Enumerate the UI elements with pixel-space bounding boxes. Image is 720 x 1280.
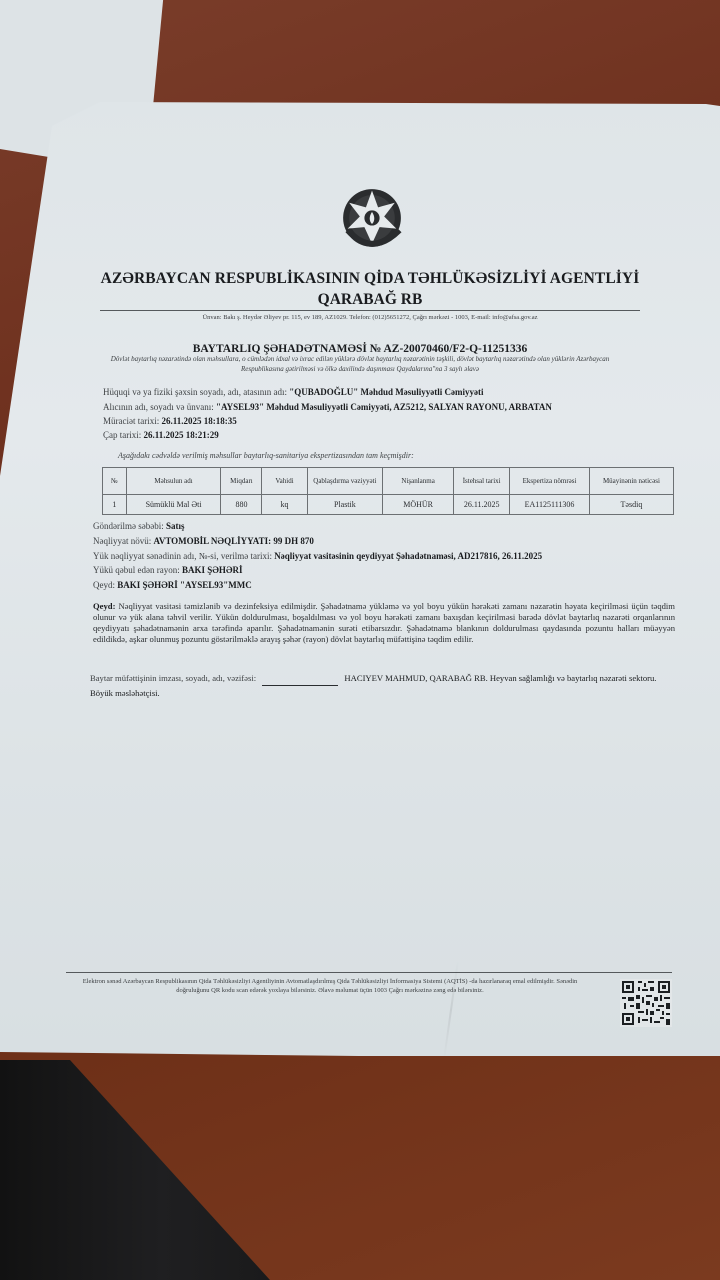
note-field: Qeyd: BAKI ŞƏHƏRİ "AYSEL93"MMC <box>93 580 252 590</box>
reason-field: Göndərilmə səbəbi: Satış <box>93 521 185 531</box>
agency-title: AZƏRBAYCAN RESPUBLİKASININ QİDA TƏHLÜKƏS… <box>100 270 640 288</box>
transport-field: Nəqliyyat növü: AVTOMOBİL NƏQLİYYATI: 99… <box>93 536 314 546</box>
transport-doc-field: Yük nəqliyyat sənədinin adı, №-si, veril… <box>93 551 542 561</box>
district-label: Yükü qəbul edən rayon: <box>93 565 180 575</box>
print-date-value: 26.11.2025 18:21:29 <box>144 430 219 440</box>
remark-paragraph: Qeyd: Nəqliyyat vasitəsi təmizlənib və d… <box>93 601 675 645</box>
table-row: 1 Sümüklü Mal Əti 880 kq Plastik MÖHÜR 2… <box>103 495 674 515</box>
col-quantity: Miqdarı <box>221 468 262 495</box>
reason-value: Satış <box>166 521 185 531</box>
cell-marking: MÖHÜR <box>383 495 454 515</box>
table-header-row: № Məhsulun adı Miqdarı Vahidi Qablaşdırm… <box>103 468 674 495</box>
reason-label: Göndərilmə səbəbi: <box>93 521 164 531</box>
col-marking: Nişanlanma <box>383 468 454 495</box>
note-label: Qeyd: <box>93 580 115 590</box>
col-packaging: Qablaşdırma vəziyyəti <box>307 468 382 495</box>
cell-packaging: Plastik <box>307 495 382 515</box>
cell-quantity: 880 <box>221 495 262 515</box>
receiver-label: Alıcının adı, soyadı və ünvanı: <box>103 402 214 412</box>
transport-doc-value: Nəqliyyat vasitəsinin qeydiyyat Şəhadətn… <box>274 551 542 561</box>
print-date-field: Çap tarixi: 26.11.2025 18:21:29 <box>103 430 219 440</box>
paper-fold <box>443 960 459 1059</box>
remark-text: Nəqliyyat vasitəsi təmizlənib və dezinfe… <box>93 601 675 644</box>
print-date-label: Çap tarixi: <box>103 430 141 440</box>
inspector-signature-block: Baytar müfəttişinin imzası, soyadı, adı,… <box>90 671 680 700</box>
col-expertise-number: Ekspertiza nömrəsi <box>510 468 590 495</box>
col-number: № <box>103 468 127 495</box>
transport-doc-label: Yük nəqliyyat sənədinin adı, №-si, veril… <box>93 551 272 561</box>
signature-line <box>262 671 338 686</box>
header-divider <box>100 310 640 311</box>
cell-expertise-number: EA1125111306 <box>510 495 590 515</box>
col-unit: Vahidi <box>262 468 307 495</box>
footer-divider <box>66 972 672 973</box>
transport-value: AVTOMOBİL NƏQLİYYATI: 99 DH 870 <box>154 536 314 546</box>
cell-number: 1 <box>103 495 127 515</box>
application-date-field: Müraciət tarixi: 26.11.2025 18:18:35 <box>103 416 237 426</box>
note-value: BAKI ŞƏHƏRİ "AYSEL93"MMC <box>117 580 251 590</box>
sender-label: Hüquqi və ya fiziki şəxsin soyadı, adı, … <box>103 387 287 397</box>
certificate-document: AZƏRBAYCAN RESPUBLİKASININ QİDA TƏHLÜKƏS… <box>0 0 720 1280</box>
cell-result: Təsdiq <box>589 495 673 515</box>
district-value: BAKI ŞƏHƏRİ <box>182 565 243 575</box>
cell-unit: kq <box>262 495 307 515</box>
qr-code-icon <box>620 979 672 1027</box>
application-date-label: Müraciət tarixi: <box>103 416 159 426</box>
district-field: Yükü qəbul edən rayon: BAKI ŞƏHƏRİ <box>93 565 243 575</box>
sender-value: "QUBADOĞLU" Məhdud Məsuliyyətli Cəmiyyət… <box>289 387 483 397</box>
receiver-value: "AYSEL93" Məhdud Məsuliyyətli Cəmiyyəti,… <box>216 402 552 412</box>
transport-label: Nəqliyyat növü: <box>93 536 151 546</box>
inspector-label: Baytar müfəttişinin imzası, soyadı, adı,… <box>90 673 256 683</box>
state-emblem-icon <box>334 183 410 259</box>
sender-field: Hüquqi və ya fiziki şəxsin soyadı, adı, … <box>103 387 483 397</box>
cell-product-name: Sümüklü Mal Əti <box>126 495 221 515</box>
certificate-title: BAYTARLIQ ŞƏHADƏTNAMƏSİ № AZ-20070460/F2… <box>90 343 630 355</box>
table-intro: Aşağıdakı cədvəldə verilmiş məhsullar ba… <box>118 451 414 460</box>
agency-subtitle: QARABAĞ RB <box>100 291 640 309</box>
col-result: Müayinənin nəticəsi <box>589 468 673 495</box>
receiver-field: Alıcının adı, soyadı və ünvanı: "AYSEL93… <box>103 402 552 412</box>
cell-production-date: 26.11.2025 <box>454 495 510 515</box>
agency-address: Ünvan: Bakı ş. Heydər Əliyev pr. 115, ev… <box>100 314 640 321</box>
footer-text: Elektron sənəd Azərbaycan Respublikasını… <box>75 977 585 995</box>
col-product-name: Məhsulun adı <box>126 468 221 495</box>
certificate-subtitle: Dövlət baytarlıq nəzarətində olan məhsul… <box>90 355 630 374</box>
col-production-date: İstehsal tarixi <box>454 468 510 495</box>
products-table: № Məhsulun adı Miqdarı Vahidi Qablaşdırm… <box>102 467 674 515</box>
application-date-value: 26.11.2025 18:18:35 <box>161 416 236 426</box>
remark-label: Qeyd: <box>93 601 115 611</box>
